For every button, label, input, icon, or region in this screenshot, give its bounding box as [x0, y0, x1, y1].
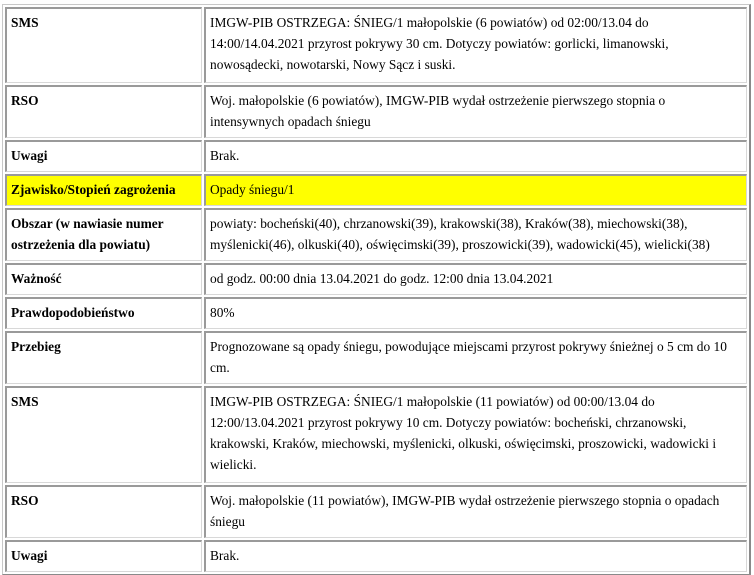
row-value: Woj. małopolskie (6 powiatów), IMGW-PIB …: [204, 85, 747, 138]
row-label: RSO: [5, 85, 202, 138]
row-value: Brak.: [204, 140, 747, 172]
row-value: Woj. małopolskie (11 powiatów), IMGW-PIB…: [204, 485, 747, 535]
row-label: SMS: [5, 386, 202, 483]
row-label: Prawdopodobieństwo: [5, 297, 202, 329]
table-row-przebieg: Przebieg Prognozowane są opady śniegu, p…: [5, 331, 747, 384]
table-row-waznosc: Ważność od godz. 00:00 dnia 13.04.2021 d…: [5, 263, 747, 295]
table-row-prawdopodobienstwo: Prawdopodobieństwo 80%: [5, 297, 747, 329]
row-label: Obszar (w nawiasie numer ostrzeżenia dla…: [5, 208, 202, 261]
row-label: RSO: [5, 485, 202, 535]
table-row-zjawisko: Zjawisko/Stopień zagrożenia Opady śniegu…: [5, 174, 747, 206]
row-value: IMGW-PIB OSTRZEGA: ŚNIEG/1 małopolskie (…: [204, 386, 747, 483]
row-label: Ważność: [5, 263, 202, 295]
row-label: SMS: [5, 7, 202, 83]
row-value: Opady śniegu/1: [204, 174, 747, 206]
table-row-sms: SMS IMGW-PIB OSTRZEGA: ŚNIEG/1 małopolsk…: [5, 7, 747, 83]
table-row-sms: SMS IMGW-PIB OSTRZEGA: ŚNIEG/1 małopolsk…: [5, 386, 747, 483]
table-row-rso: RSO Woj. małopolskie (11 powiatów), IMGW…: [5, 485, 747, 535]
table-row-obszar: Obszar (w nawiasie numer ostrzeżenia dla…: [5, 208, 747, 261]
row-label: Przebieg: [5, 331, 202, 384]
table-row-rso: RSO Woj. małopolskie (6 powiatów), IMGW-…: [5, 85, 747, 138]
row-value: powiaty: bocheński(40), chrzanowski(39),…: [204, 208, 747, 261]
row-value: 80%: [204, 297, 747, 329]
warning-table: SMS IMGW-PIB OSTRZEGA: ŚNIEG/1 małopolsk…: [2, 4, 751, 535]
table-row-uwagi: Uwagi Brak.: [5, 140, 747, 172]
row-value: IMGW-PIB OSTRZEGA: ŚNIEG/1 małopolskie (…: [204, 7, 747, 83]
row-value: Prognozowane są opady śniegu, powodujące…: [204, 331, 747, 384]
row-value: od godz. 00:00 dnia 13.04.2021 do godz. …: [204, 263, 747, 295]
row-label: Uwagi: [5, 140, 202, 172]
row-label: Zjawisko/Stopień zagrożenia: [5, 174, 202, 206]
